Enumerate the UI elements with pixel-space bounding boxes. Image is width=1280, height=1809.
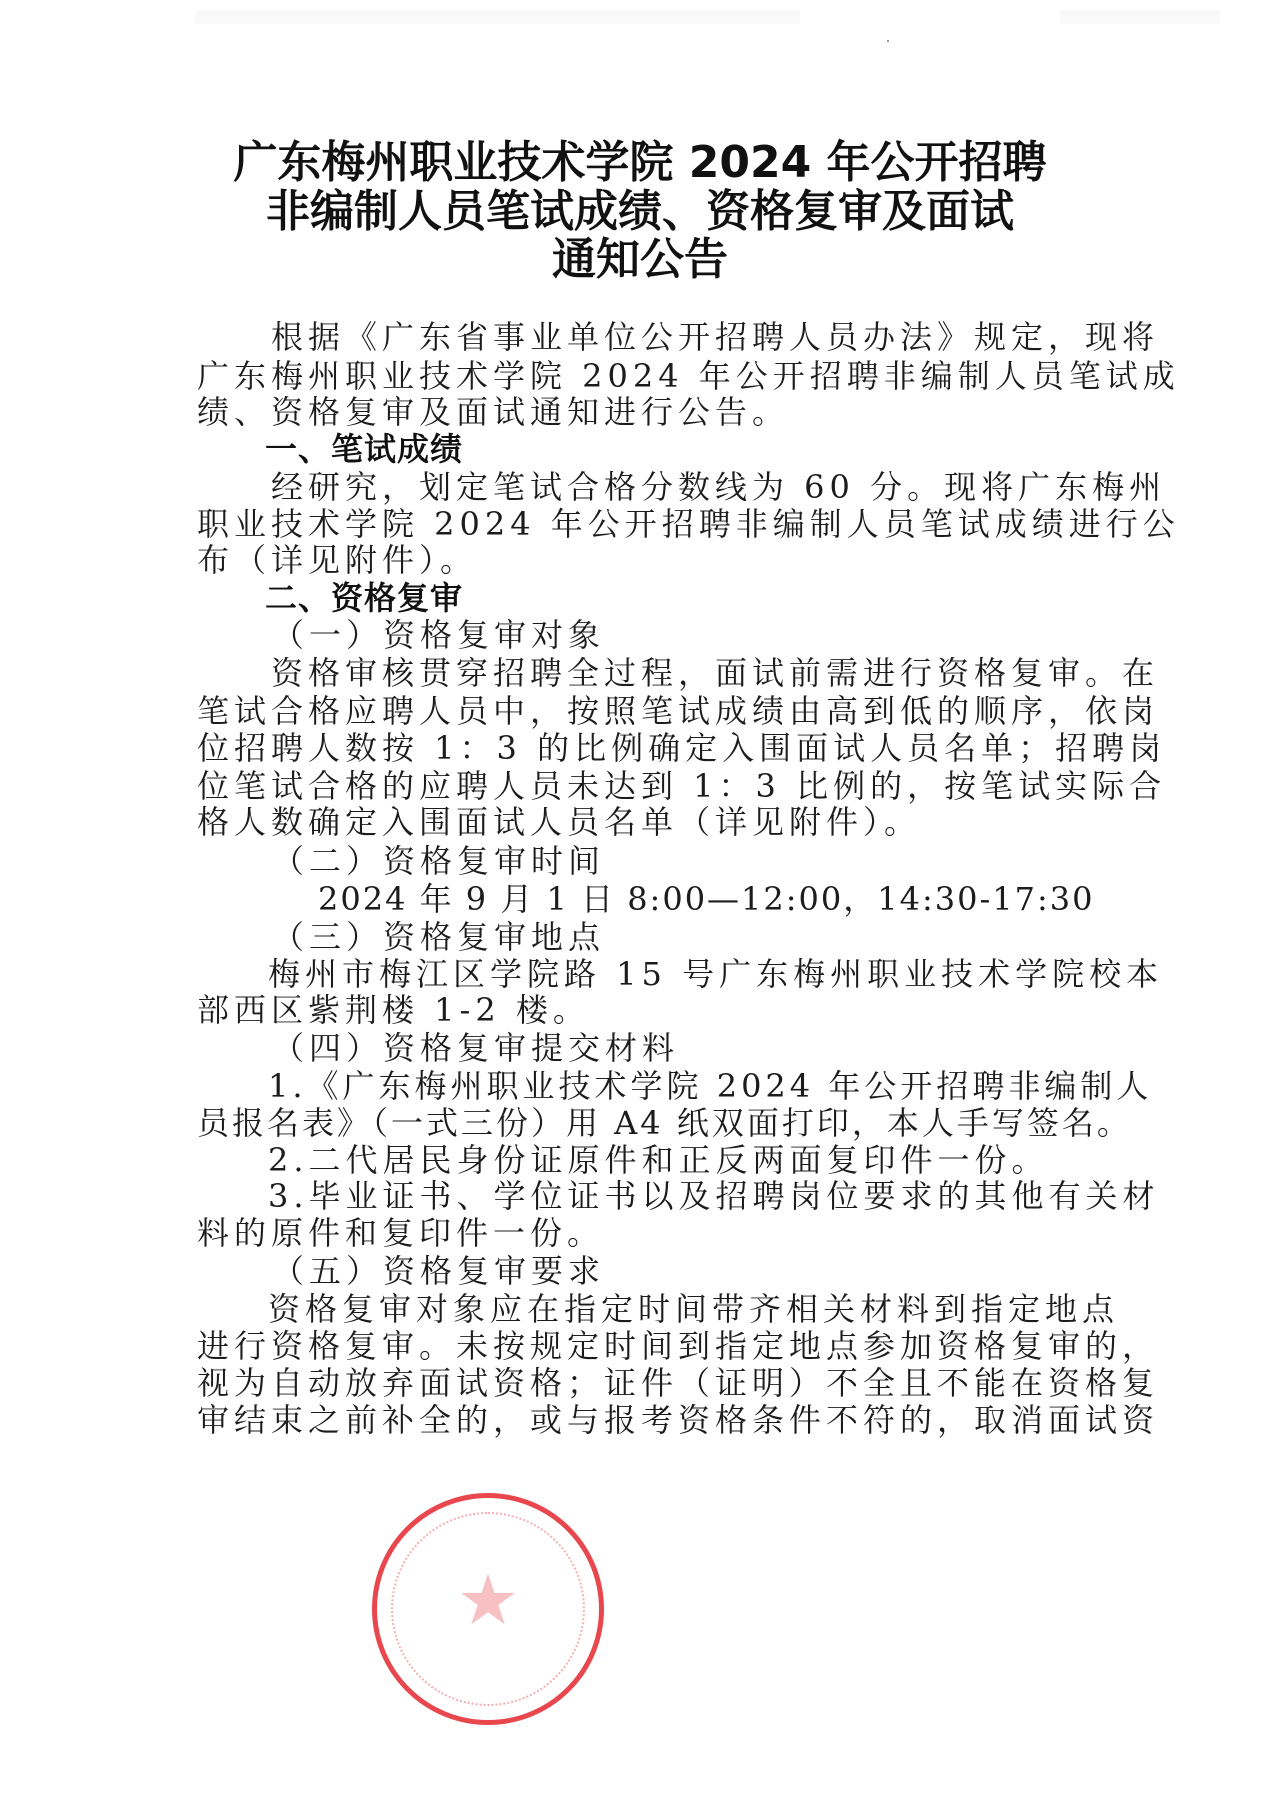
seal-inner-ring (391, 1512, 585, 1706)
review-location-line: 梅州市梅江区学院路 15 号广东梅州职业技术学院校本 (268, 955, 1168, 993)
materials-list-item-1-cont: 员报名表》（一式三份）用 A4 纸双面打印，本人手写签名。 (197, 1104, 1097, 1142)
materials-list-item-3: 3.毕业证书、学位证书以及招聘岗位要求的其他有关材 (268, 1177, 1168, 1215)
materials-list-item-1: 1.《广东梅州职业技术学院 2024 年公开招聘非编制人 (268, 1067, 1168, 1105)
scan-artifact (360, 10, 800, 24)
subsection-heading-review-materials: （四）资格复审提交材料 (272, 1029, 1172, 1067)
requirements-paragraph-line: 资格复审对象应在指定时间带齐相关材料到指定地点 (268, 1290, 1168, 1328)
scanned-document-page: 广东梅州职业技术学院 2024 年公开招聘 非编制人员笔试成绩、资格复审及面试 … (0, 0, 1280, 1809)
section1-paragraph-line: 经研究，划定笔试合格分数线为 60 分。现将广东梅州 (271, 468, 1171, 506)
document-title-line-2: 非编制人员笔试成绩、资格复审及面试 (0, 187, 1280, 237)
section1-paragraph-line: 职业技术学院 2024 年公开招聘非编制人员笔试成绩进行公 (197, 505, 1097, 543)
sub1-paragraph-line: 格人数确定入围面试人员名单（详见附件）。 (197, 803, 1097, 841)
review-time-value: 2024 年 9 月 1 日 8:00—12:00，14:30-17:30 (318, 880, 1218, 918)
subsection-heading-review-time: （二）资格复审时间 (272, 842, 1172, 880)
requirements-paragraph-line: 审结束之前补全的，或与报考资格条件不符的，取消面试资 (197, 1401, 1097, 1439)
requirements-paragraph-line: 视为自动放弃面试资格；证件（证明）不全且不能在资格复 (197, 1364, 1097, 1402)
scan-speck (887, 40, 889, 42)
scan-artifact (195, 10, 360, 24)
section1-paragraph-line: 布（详见附件）。 (197, 541, 1097, 579)
section-heading-written-exam: 一、笔试成绩 (265, 430, 1165, 468)
document-title-line-3: 通知公告 (0, 235, 1280, 285)
intro-paragraph-line: 广东梅州职业技术学院 2024 年公开招聘非编制人员笔试成 (197, 357, 1097, 395)
materials-list-item-3-cont: 料的原件和复印件一份。 (197, 1214, 1097, 1252)
subsection-heading-review-location: （三）资格复审地点 (272, 918, 1172, 956)
intro-paragraph-line: 绩、资格复审及面试通知进行公告。 (197, 393, 1097, 431)
materials-list-item-2: 2.二代居民身份证原件和正反两面复印件一份。 (268, 1141, 1168, 1179)
sub1-paragraph-line: 笔试合格应聘人员中，按照笔试成绩由高到低的顺序，依岗 (197, 692, 1097, 730)
sub1-paragraph-line: 位笔试合格的应聘人员未达到 1：3 比例的，按笔试实际合 (197, 767, 1097, 805)
document-title-line-1: 广东梅州职业技术学院 2024 年公开招聘 (0, 138, 1280, 188)
official-red-seal-icon: ★ (372, 1493, 604, 1725)
requirements-paragraph-line: 进行资格复审。未按规定时间到指定地点参加资格复审的， (197, 1327, 1097, 1365)
section-heading-qualification-review: 二、资格复审 (265, 579, 1165, 617)
sub1-paragraph-line: 位招聘人数按 1：3 的比例确定入围面试人员名单；招聘岗 (197, 729, 1097, 767)
seal-star-icon: ★ (457, 1565, 520, 1635)
sub1-paragraph-line: 资格审核贯穿招聘全过程，面试前需进行资格复审。在 (271, 654, 1171, 692)
scan-artifact (1060, 10, 1220, 24)
subsection-heading-review-targets: （一）资格复审对象 (272, 616, 1172, 654)
intro-paragraph-line: 根据《广东省事业单位公开招聘人员办法》规定，现将 (271, 318, 1171, 356)
subsection-heading-review-requirements: （五）资格复审要求 (272, 1252, 1172, 1290)
review-location-line: 部西区紫荆楼 1-2 楼。 (197, 991, 1097, 1029)
